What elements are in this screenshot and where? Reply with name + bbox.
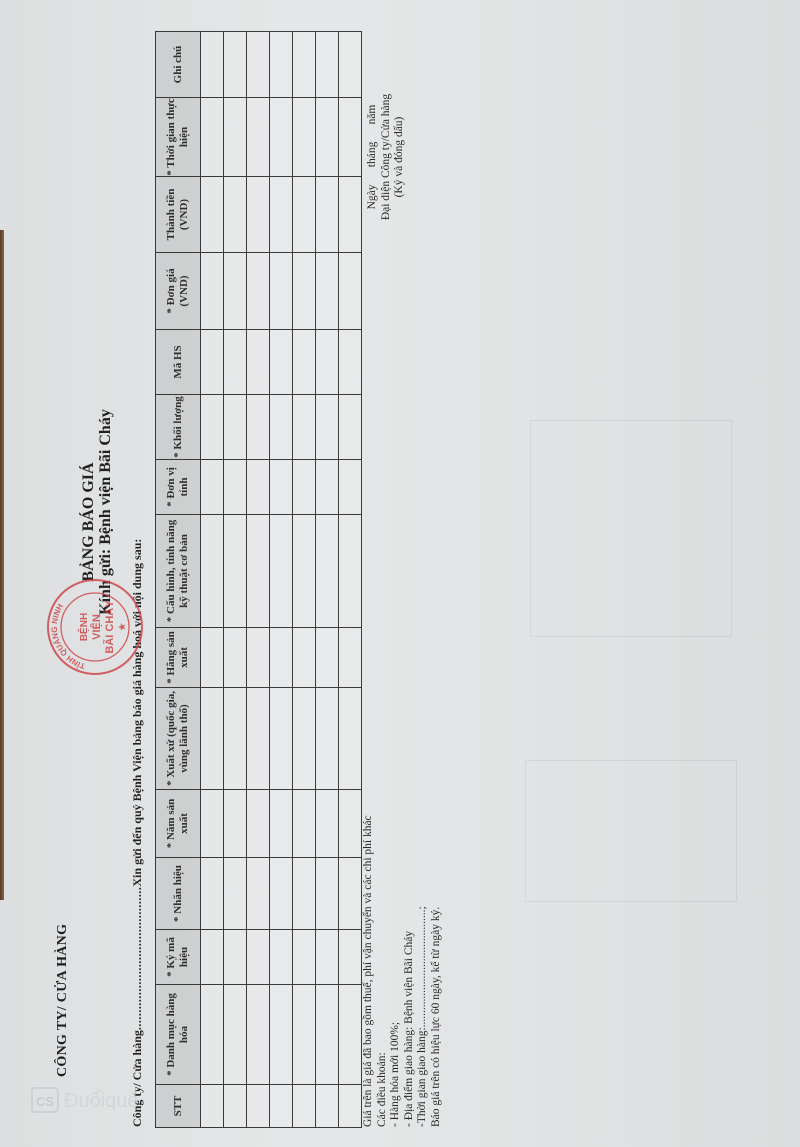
table-cell xyxy=(224,985,247,1085)
table-cell xyxy=(201,330,224,395)
table-cell xyxy=(247,1085,270,1128)
svg-text:Đuổiquế: Đuổiquế xyxy=(64,1090,139,1112)
table-cell xyxy=(293,460,316,515)
table-header-row: STT* Danh mục hàng hóa* Ký mã hiệu* Nhãn… xyxy=(156,32,201,1128)
note-new-goods: - Hàng hóa mới 100%; xyxy=(389,815,403,1127)
table-cell xyxy=(270,858,293,930)
table-cell xyxy=(316,177,339,253)
table-cell xyxy=(224,1085,247,1128)
table-cell xyxy=(201,98,224,177)
quotation-table: STT* Danh mục hàng hóa* Ký mã hiệu* Nhãn… xyxy=(155,31,362,1128)
signature-block: Ngày tháng năm Đại diện Công ty/Cửa hàng… xyxy=(366,47,407,267)
table-cell xyxy=(270,628,293,688)
table-cell xyxy=(201,32,224,98)
table-cell xyxy=(201,858,224,930)
table-cell xyxy=(339,395,362,460)
table-cell xyxy=(201,253,224,330)
table-cell xyxy=(201,985,224,1085)
intro-text: Xin gửi đến quý Bệnh Viện bảng báo giá h… xyxy=(130,539,144,887)
table-cell xyxy=(339,985,362,1085)
company-heading: CÔNG TY/ CỬA HÀNG xyxy=(55,924,71,1077)
column-header: * Cấu hình, tính năng kỹ thuật cơ bản xyxy=(156,515,201,628)
table-cell xyxy=(247,32,270,98)
recipient-line: Kính gửi: Bệnh viện Bãi Cháy xyxy=(97,0,115,1147)
table-cell xyxy=(247,460,270,515)
table-cell xyxy=(293,32,316,98)
table-cell xyxy=(224,460,247,515)
column-header: Ghi chú xyxy=(156,32,201,98)
table-cell xyxy=(316,985,339,1085)
table-cell xyxy=(316,930,339,985)
table-cell xyxy=(247,98,270,177)
signature-instruction: (Ký và đóng dấu) xyxy=(393,47,407,267)
table-cell xyxy=(224,98,247,177)
table-cell xyxy=(316,1085,339,1128)
table-row xyxy=(201,32,224,1128)
table-cell xyxy=(293,858,316,930)
table-cell xyxy=(201,688,224,790)
table-cell xyxy=(201,930,224,985)
table-cell xyxy=(270,460,293,515)
table-cell xyxy=(224,515,247,628)
table-cell xyxy=(316,858,339,930)
table-cell xyxy=(224,790,247,858)
table-cell xyxy=(316,330,339,395)
table-cell xyxy=(201,177,224,253)
table-cell xyxy=(293,1085,316,1128)
table-row xyxy=(316,32,339,1128)
table-cell xyxy=(339,177,362,253)
column-header: * Hãng sản xuất xyxy=(156,628,201,688)
table-cell xyxy=(247,790,270,858)
table-cell xyxy=(293,515,316,628)
signature-role: Đại diện Công ty/Cửa hàng xyxy=(380,47,394,267)
table-cell xyxy=(247,177,270,253)
note-price-includes: Giá trên là giá đã bao gồm thuế, phí vận… xyxy=(362,815,376,1127)
table-cell xyxy=(339,515,362,628)
table-cell xyxy=(201,515,224,628)
table-cell xyxy=(339,98,362,177)
table-cell xyxy=(247,395,270,460)
table-cell xyxy=(270,395,293,460)
table-cell xyxy=(270,330,293,395)
table-cell xyxy=(316,98,339,177)
table-cell xyxy=(339,858,362,930)
watermark: CS Đuổiquế xyxy=(2,1085,182,1115)
table-cell xyxy=(293,395,316,460)
document-title: BẢNG BÁO GIÁ xyxy=(80,0,98,1147)
table-cell xyxy=(224,32,247,98)
table-cell xyxy=(316,515,339,628)
table-cell xyxy=(224,177,247,253)
table-cell xyxy=(339,930,362,985)
column-header: * Thời gian thực hiện xyxy=(156,98,201,177)
column-header: * Ký mã hiệu xyxy=(156,930,201,985)
table-cell xyxy=(247,688,270,790)
table-cell xyxy=(224,395,247,460)
svg-text:★: ★ xyxy=(117,622,127,631)
table-cell xyxy=(316,32,339,98)
table-cell xyxy=(293,790,316,858)
table-cell xyxy=(293,688,316,790)
table-cell xyxy=(247,985,270,1085)
table-cell xyxy=(293,177,316,253)
column-header: * Khối lượng xyxy=(156,395,201,460)
terms-notes: Giá trên là giá đã bao gồm thuế, phí vận… xyxy=(362,815,443,1127)
table-row xyxy=(270,32,293,1128)
table-cell xyxy=(270,790,293,858)
table-cell xyxy=(201,460,224,515)
column-header: * Xuất xứ (quốc gia, vùng lãnh thổ) xyxy=(156,688,201,790)
column-header: * Đơn vị tính xyxy=(156,460,201,515)
table-cell xyxy=(316,253,339,330)
table-row xyxy=(339,32,362,1128)
table-cell xyxy=(270,930,293,985)
table-cell xyxy=(316,395,339,460)
table-cell xyxy=(339,790,362,858)
table-cell xyxy=(247,858,270,930)
column-header: Mã HS xyxy=(156,330,201,395)
table-cell xyxy=(270,985,293,1085)
table-cell xyxy=(201,628,224,688)
table-row xyxy=(293,32,316,1128)
table-cell xyxy=(293,330,316,395)
table-cell xyxy=(247,930,270,985)
table-cell xyxy=(270,98,293,177)
table-cell xyxy=(293,253,316,330)
column-header: Thành tiền (VND) xyxy=(156,177,201,253)
table-cell xyxy=(201,790,224,858)
table-cell xyxy=(270,688,293,790)
table-cell xyxy=(224,688,247,790)
table-cell xyxy=(201,1085,224,1128)
table-cell xyxy=(247,628,270,688)
table-row xyxy=(247,32,270,1128)
table-cell xyxy=(339,688,362,790)
table-cell xyxy=(293,628,316,688)
table-cell xyxy=(224,858,247,930)
table-cell xyxy=(201,395,224,460)
table-cell xyxy=(270,1085,293,1128)
table-cell xyxy=(339,460,362,515)
table-cell xyxy=(316,790,339,858)
table-row xyxy=(224,32,247,1128)
table-cell xyxy=(293,98,316,177)
table-cell xyxy=(224,930,247,985)
column-header: * Năm sản xuất xyxy=(156,790,201,858)
table-cell xyxy=(247,515,270,628)
table-cell xyxy=(316,688,339,790)
column-header: * Danh mục hàng hóa xyxy=(156,985,201,1085)
column-header: * Đơn giá (VND) xyxy=(156,253,201,330)
table-cell xyxy=(339,628,362,688)
table-cell xyxy=(316,628,339,688)
signature-date-line: Ngày tháng năm xyxy=(366,47,380,267)
note-validity: Báo giá trên có hiệu lực 60 ngày, kể từ … xyxy=(430,815,444,1127)
table-cell xyxy=(247,330,270,395)
table-cell xyxy=(224,253,247,330)
table-cell xyxy=(339,253,362,330)
table-cell xyxy=(224,628,247,688)
table-cell xyxy=(293,930,316,985)
intro-blank: ........................................… xyxy=(130,887,144,1031)
svg-text:CS: CS xyxy=(36,1094,54,1109)
table-cell xyxy=(339,1085,362,1128)
table-cell xyxy=(247,253,270,330)
table-cell xyxy=(316,460,339,515)
note-terms-heading: Các điều khoản: xyxy=(376,815,390,1127)
table-cell xyxy=(339,330,362,395)
table-cell xyxy=(293,985,316,1085)
note-delivery-place: - Địa điểm giao hàng: Bệnh viện Bãi Cháy xyxy=(403,815,417,1127)
table-cell xyxy=(270,253,293,330)
table-cell xyxy=(270,177,293,253)
column-header: * Nhãn hiệu xyxy=(156,858,201,930)
table-cell xyxy=(270,32,293,98)
quotation-document: CÔNG TY/ CỬA HÀNG BẢNG BÁO GIÁ Kính gửi:… xyxy=(0,0,800,1147)
table-cell xyxy=(224,330,247,395)
table-cell xyxy=(270,515,293,628)
intro-line: Công ty/ Cửa hàng.......................… xyxy=(130,539,145,1127)
table-cell xyxy=(339,32,362,98)
note-delivery-time: -Thời gian giao hàng:...................… xyxy=(416,815,430,1127)
